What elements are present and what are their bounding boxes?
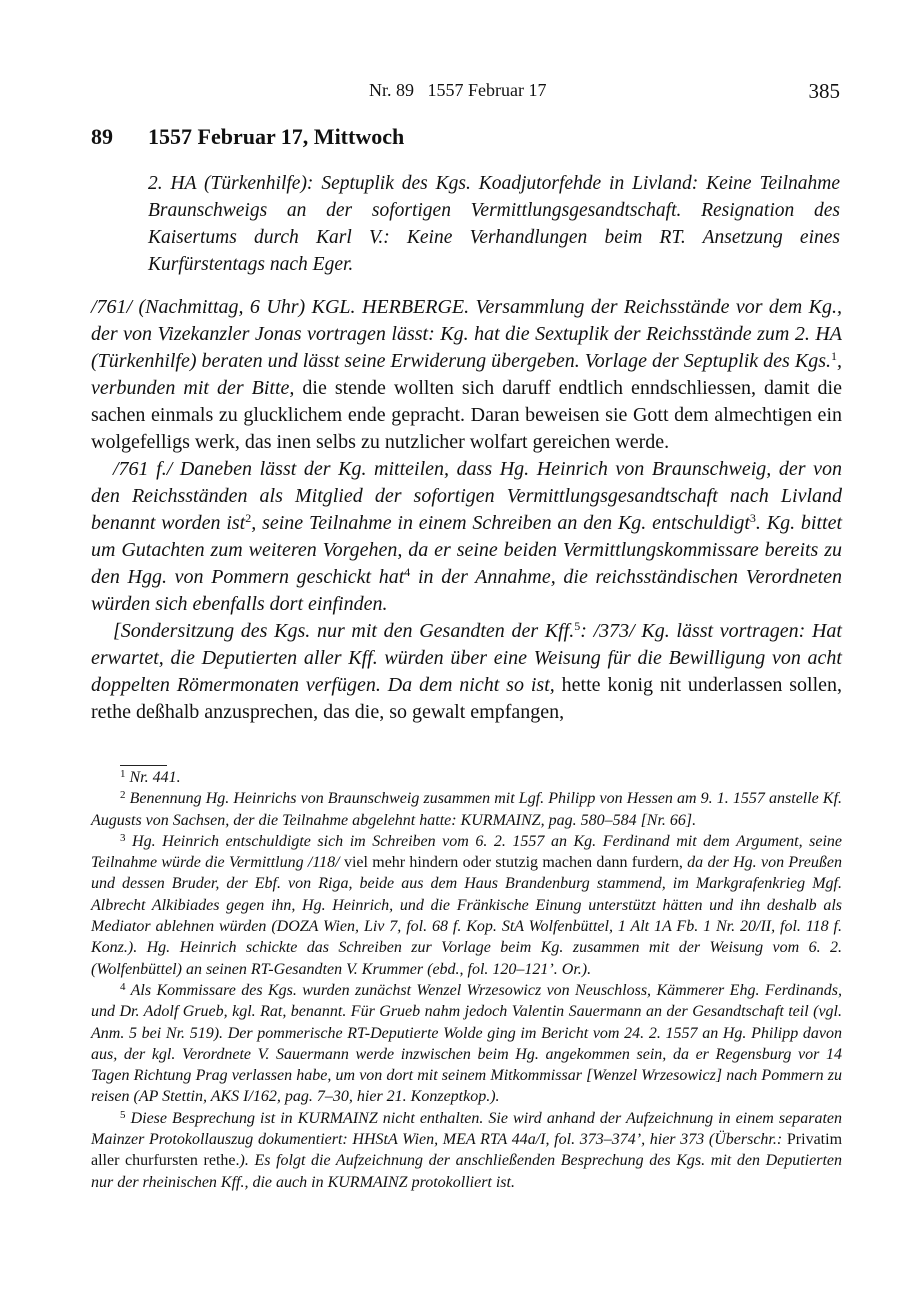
footnote-text: Als Kommissare des Kgs. wurden zunächst … xyxy=(91,982,842,1105)
footnote-mark: 2 xyxy=(120,789,126,801)
main-text: /761/ (Nachmittag, 6 Uhr) KGL. HERBERGE.… xyxy=(91,294,842,726)
running-head: Nr. 89 1557 Februar 17 385 xyxy=(91,80,842,104)
footnote-1: 1 Nr. 441. xyxy=(91,767,842,788)
footnote-text: Nr. 441. xyxy=(130,769,181,786)
footnote-4: 4 Als Kommissare des Kgs. wurden zunächs… xyxy=(91,980,842,1108)
footnote-text: Benennung Hg. Heinrichs von Braunschweig… xyxy=(91,790,842,828)
editorial-text: , seine Teilnahme in einem Schreiben an … xyxy=(251,512,750,534)
document-date-title: 1557 Februar 17, Mittwoch xyxy=(148,124,404,149)
footnote-mark: 1 xyxy=(120,768,126,780)
footnote-mark: 3 xyxy=(120,832,126,844)
paragraph-2: /761 f./ Daneben lässt der Kg. mitteilen… xyxy=(91,456,842,618)
page-number: 385 xyxy=(809,79,841,104)
document-number: 89 xyxy=(91,124,148,150)
footnotes: 1 Nr. 441. 2 Benennung Hg. Heinrichs von… xyxy=(91,767,842,1193)
footnote-text: Diese Besprechung ist in KURMAINZ nicht … xyxy=(91,1110,842,1148)
footnote-mark: 4 xyxy=(120,981,126,993)
footnote-2: 2 Benennung Hg. Heinrichs von Braunschwe… xyxy=(91,788,842,831)
footnote-mark: 5 xyxy=(120,1109,126,1121)
paragraph-1: /761/ (Nachmittag, 6 Uhr) KGL. HERBERGE.… xyxy=(91,294,842,456)
footnote-source-quote: viel mehr hindern oder stutzig machen da… xyxy=(340,854,683,871)
footnote-separator xyxy=(120,765,167,766)
footnote-5: 5 Diese Besprechung ist in KURMAINZ nich… xyxy=(91,1108,842,1193)
editorial-text: [Sondersitzung des Kgs. nur mit den Gesa… xyxy=(113,620,574,642)
document-heading: 891557 Februar 17, Mittwoch xyxy=(91,124,404,150)
paragraph-3: [Sondersitzung des Kgs. nur mit den Gesa… xyxy=(91,618,842,726)
regest-summary: 2. HA (Türkenhilfe): Septuplik des Kgs. … xyxy=(148,170,840,278)
footnote-3: 3 Hg. Heinrich entschuldigte sich im Sch… xyxy=(91,831,842,980)
editorial-text: /761/ (Nachmittag, 6 Uhr) KGL. HERBERGE.… xyxy=(91,296,842,372)
running-head-title: Nr. 89 1557 Februar 17 xyxy=(369,80,546,101)
footnote-text: da der Hg. von Preußen und dessen Bruder… xyxy=(91,854,842,977)
